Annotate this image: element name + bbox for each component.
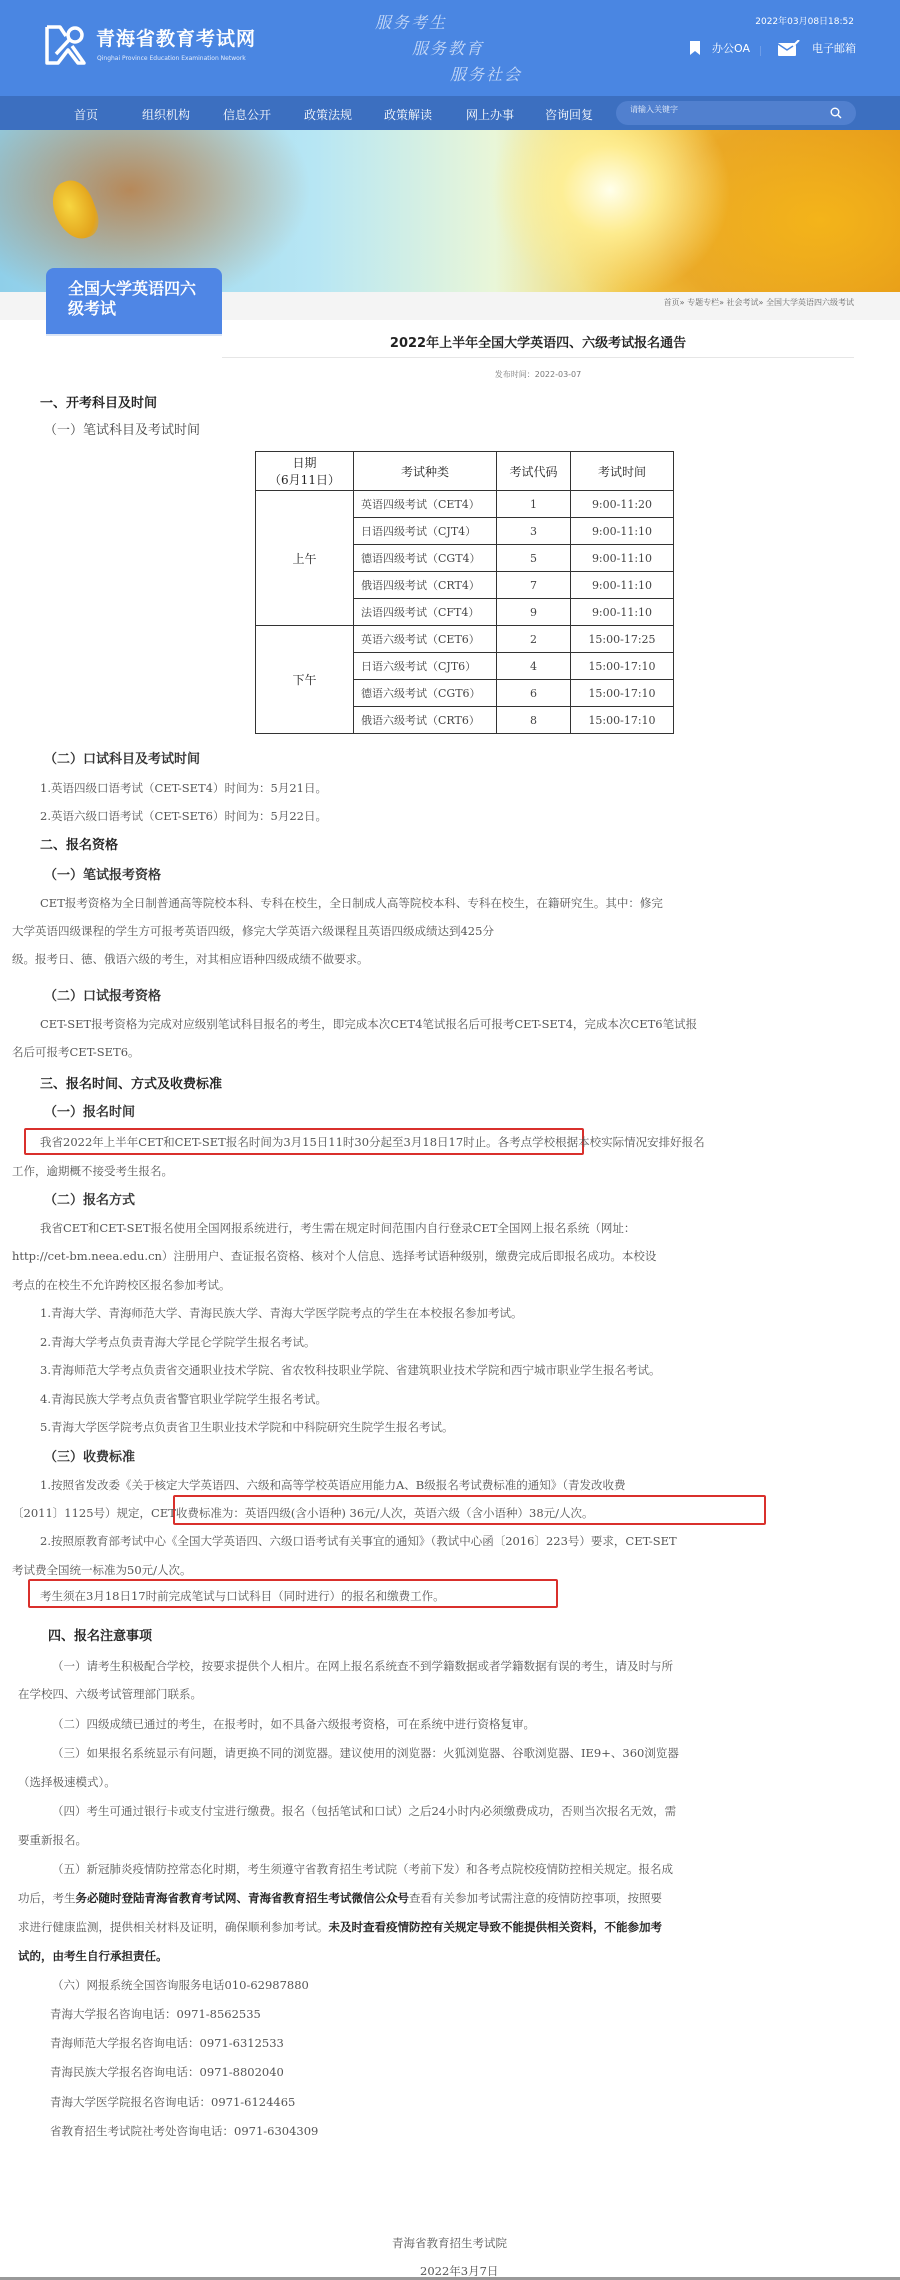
exam-schedule-table: 日期（6月11日） 考试种类 考试代码 考试时间 上午 英语四级考试（CET4）… <box>255 451 674 734</box>
exam-type-cell: 英语四级考试（CET4） <box>354 491 497 518</box>
exam-code-cell: 6 <box>497 680 571 707</box>
exam-type-cell: 英语六级考试（CET6） <box>354 626 497 653</box>
exam-type-cell: 俄语六级考试（CRT6） <box>354 707 497 734</box>
oral-eligibility-line1: CET-SET报考资格为完成对应级别笔试科目报名的考生，即完成本次CET4笔试报… <box>40 1016 697 1032</box>
exam-code-cell: 5 <box>497 545 571 572</box>
col-exam-code: 考试代码 <box>497 452 571 491</box>
exam-type-cell: 俄语四级考试（CRT4） <box>354 572 497 599</box>
section-1-heading: 一、开考科目及时间 <box>40 392 157 411</box>
exam-site-item: 2.青海大学考点负责青海大学昆仑学院学生报名考试。 <box>40 1334 315 1350</box>
contact-phone-item: 青海民族大学报名咨询电话：0971-8802040 <box>50 2064 284 2080</box>
exam-time-cell: 15:00-17:25 <box>571 626 674 653</box>
category-underline <box>46 334 222 336</box>
exam-code-cell: 7 <box>497 572 571 599</box>
col-date: 日期（6月11日） <box>256 452 354 491</box>
section-2-sub2: （二）口试报考资格 <box>44 985 161 1004</box>
publish-date: 发布时间：2022-03-07 <box>222 369 854 380</box>
morning-cell: 上午 <box>256 491 354 626</box>
note-6: （六）网报系统全国咨询服务电话010-62987880 <box>52 1977 309 1993</box>
category-title-line2: 级考试 <box>68 299 222 319</box>
contact-phone-item: 省教育招生考试院社考处咨询电话：0971-6304309 <box>50 2123 318 2139</box>
exam-type-cell: 德语四级考试（CGT4） <box>354 545 497 572</box>
email-link[interactable]: 电子邮箱 <box>778 40 856 56</box>
section-3-sub3: （三）收费标准 <box>44 1446 135 1465</box>
exam-site-item: 1.青海大学、青海师范大学、青海民族大学、青海大学医学院考点的学生在本校报名参加… <box>40 1305 522 1321</box>
nav-item-consultation[interactable]: 咨询回复 <box>545 106 593 123</box>
search-input[interactable] <box>630 105 810 114</box>
article-title: 2022年上半年全国大学英语四、六级考试报名通告 <box>222 332 854 351</box>
contact-phone-item: 青海师范大学报名咨询电话：0971-6312533 <box>50 2035 284 2051</box>
section-4-heading: 四、报名注意事项 <box>48 1625 152 1644</box>
exam-site-item: 4.青海民族大学考点负责省警官职业学院学生报名考试。 <box>40 1391 327 1407</box>
oral-exam-2: 2.英语六级口语考试（CET-SET6）时间为：5月22日。 <box>40 808 327 824</box>
bookmark-icon <box>690 41 700 55</box>
fee-standard-1-line2: 〔2011〕1125号）规定，CET收费标准为：英语四级(含小语种) 36元/人… <box>12 1505 594 1521</box>
search-box <box>616 101 856 125</box>
table-row: 上午 英语四级考试（CET4） 1 9:00-11:20 <box>256 491 674 518</box>
breadcrumb[interactable]: 首页» 专题专栏» 社会考试» 全国大学英语四六级考试 <box>664 297 854 308</box>
note-3-line2: （选择极速模式）。 <box>18 1774 116 1790</box>
exam-time-cell: 9:00-11:20 <box>571 491 674 518</box>
registration-method-line2: http://cet-bm.neea.edu.cn）注册用户、查证报名资格、核对… <box>12 1248 656 1264</box>
exam-time-cell: 9:00-11:10 <box>571 599 674 626</box>
exam-code-cell: 4 <box>497 653 571 680</box>
note-5-line3: 求进行健康监测，提供相关材料及证明，确保顺利参加考试。未及时查看疫情防控有关规定… <box>18 1919 662 1935</box>
exam-type-cell: 法语四级考试（CFT4） <box>354 599 497 626</box>
search-icon[interactable] <box>830 107 842 119</box>
exam-type-cell: 日语四级考试（CJT4） <box>354 518 497 545</box>
exam-code-cell: 9 <box>497 599 571 626</box>
exam-time-cell: 9:00-11:10 <box>571 518 674 545</box>
written-eligibility-line1: CET报考资格为全日制普通高等院校本科、专科在校生，全日制成人高等院校本科、专科… <box>40 895 663 911</box>
exam-type-cell: 日语六级考试（CJT6） <box>354 653 497 680</box>
exam-time-cell: 9:00-11:10 <box>571 545 674 572</box>
contact-phone-item: 青海大学报名咨询电话：0971-8562535 <box>50 2006 261 2022</box>
written-eligibility-line2: 大学英语四级课程的学生方可报考英语四级，修完大学英语六级课程且英语四级成绩达到4… <box>12 923 494 939</box>
exam-time-cell: 9:00-11:10 <box>571 572 674 599</box>
mail-icon <box>778 40 800 56</box>
exam-code-cell: 3 <box>497 518 571 545</box>
section-3-heading: 三、报名时间、方式及收费标准 <box>40 1073 222 1092</box>
table-row: 下午 英语六级考试（CET6） 2 15:00-17:25 <box>256 626 674 653</box>
afternoon-cell: 下午 <box>256 626 354 734</box>
exam-site-item: 5.青海大学医学院考点负责省卫生职业技术学院和中科院研究生院学生报名考试。 <box>40 1419 453 1435</box>
signature-org: 青海省教育招生考试院 <box>392 2235 507 2251</box>
payment-deadline: 考生须在3月18日17时前完成笔试与口试科目（同时进行）的报名和缴费工作。 <box>40 1588 445 1604</box>
fee-standard-2-line1: 2.按照原教育部考试中心《全国大学英语四、六级口语考试有关事宜的通知》（教试中心… <box>40 1533 677 1549</box>
note-1-line2: 在学校四、六级考试管理部门联系。 <box>18 1686 202 1702</box>
exam-code-cell: 1 <box>497 491 571 518</box>
fee-standard-2-line2: 考试费全国统一标准为50元/人次。 <box>12 1562 192 1578</box>
exam-code-cell: 2 <box>497 626 571 653</box>
office-oa-link[interactable]: 办公OA <box>690 40 750 56</box>
slogan-1: 服务考生 <box>375 10 447 33</box>
exam-type-cell: 德语六级考试（CGT6） <box>354 680 497 707</box>
note-4-line2: 要重新报名。 <box>18 1832 87 1848</box>
section-1-sub2: （二）口试科目及考试时间 <box>44 748 200 767</box>
office-oa-label: 办公OA <box>712 40 750 56</box>
written-eligibility-line3: 级。报考日、德、俄语六级的考生，对其相应语种四级成绩不做要求。 <box>12 951 369 967</box>
email-label: 电子邮箱 <box>812 40 856 56</box>
nav-item-info-disclosure[interactable]: 信息公开 <box>223 106 271 123</box>
category-title-line1: 全国大学英语四六 <box>68 279 222 299</box>
site-title[interactable]: 青海省教育考试网 <box>96 24 256 51</box>
site-header: 青海省教育考试网 Qinghai Province Education Exam… <box>0 0 900 96</box>
note-5-line2: 功后，考生务必随时登陆青海省教育考试网、青海省教育招生考试微信公众号查看有关参加… <box>18 1890 662 1906</box>
note-5-line4: 试的，由考生自行承担责任。 <box>18 1948 168 1964</box>
section-1-sub1: （一）笔试科目及考试时间 <box>44 419 200 438</box>
contact-phone-item: 青海大学医学院报名咨询电话：0971-6124465 <box>50 2094 295 2110</box>
registration-method-line3: 考点的在校生不允许跨校区报名参加考试。 <box>12 1277 231 1293</box>
note-1-line1: （一）请考生积极配合学校，按要求提供个人相片。在网上报名系统查不到学籍数据或者学… <box>52 1658 673 1674</box>
table-header-row: 日期（6月11日） 考试种类 考试代码 考试时间 <box>256 452 674 491</box>
registration-method-line1: 我省CET和CET-SET报名使用全国网报系统进行，考生需在规定时间范围内自行登… <box>40 1220 635 1236</box>
exam-time-cell: 15:00-17:10 <box>571 707 674 734</box>
section-2-heading: 二、报名资格 <box>40 834 118 853</box>
title-divider <box>222 357 854 358</box>
section-3-sub1: （一）报名时间 <box>44 1101 135 1120</box>
section-3-sub2: （二）报名方式 <box>44 1189 135 1208</box>
note-3-line1: （三）如果报名系统显示有问题，请更换不同的浏览器。建议使用的浏览器：火狐浏览器、… <box>52 1745 679 1761</box>
main-nav: 首页 组织机构 信息公开 政策法规 政策解读 网上办事 咨询回复 <box>0 96 900 130</box>
col-exam-type: 考试种类 <box>354 452 497 491</box>
header-divider <box>760 46 761 56</box>
logo-icon[interactable] <box>44 24 86 66</box>
registration-time: 我省2022年上半年CET和CET-SET报名时间为3月15日11时30分起至3… <box>40 1134 705 1150</box>
slogan-3: 服务社会 <box>450 62 522 85</box>
nav-item-policies[interactable]: 政策法规 <box>304 106 352 123</box>
nav-item-online-services[interactable]: 网上办事 <box>466 106 514 123</box>
exam-site-item: 3.青海师范大学考点负责省交通职业技术学院、省农牧科技职业学院、省建筑职业技术学… <box>40 1362 660 1378</box>
note-4-line1: （四）考生可通过银行卡或支付宝进行缴费。报名（包括笔试和口试）之后24小时内必须… <box>52 1803 676 1819</box>
site-subtitle: Qinghai Province Education Examination N… <box>97 55 246 62</box>
oral-eligibility-line2: 名后可报考CET-SET6。 <box>12 1044 140 1060</box>
current-datetime: 2022年03月08日18:52 <box>755 14 854 27</box>
nav-item-home[interactable]: 首页 <box>74 106 98 123</box>
slogan-2: 服务教育 <box>412 36 484 59</box>
note-5-line1: （五）新冠肺炎疫情防控常态化时期，考生须遵守省教育招生考试院（考前下发）和各考点… <box>52 1861 673 1877</box>
category-title-box: 全国大学英语四六 级考试 <box>46 268 222 334</box>
fee-standard-1-line1: 1.按照省发改委《关于核定大学英语四、六级和高等学校英语应用能力A、B级报名考试… <box>40 1477 625 1493</box>
exam-code-cell: 8 <box>497 707 571 734</box>
nav-item-policy-interpretation[interactable]: 政策解读 <box>384 106 432 123</box>
oral-exam-1: 1.英语四级口语考试（CET-SET4）时间为：5月21日。 <box>40 780 327 796</box>
note-2: （二）四级成绩已通过的考生，在报考时，如不具备六级报考资格，可在系统中进行资格复… <box>52 1716 535 1732</box>
nav-item-organization[interactable]: 组织机构 <box>142 106 190 123</box>
section-2-sub1: （一）笔试报考资格 <box>44 864 161 883</box>
exam-time-cell: 15:00-17:10 <box>571 653 674 680</box>
exam-time-cell: 15:00-17:10 <box>571 680 674 707</box>
col-exam-time: 考试时间 <box>571 452 674 491</box>
registration-time-line2: 工作，逾期概不接受考生报名。 <box>12 1163 173 1179</box>
